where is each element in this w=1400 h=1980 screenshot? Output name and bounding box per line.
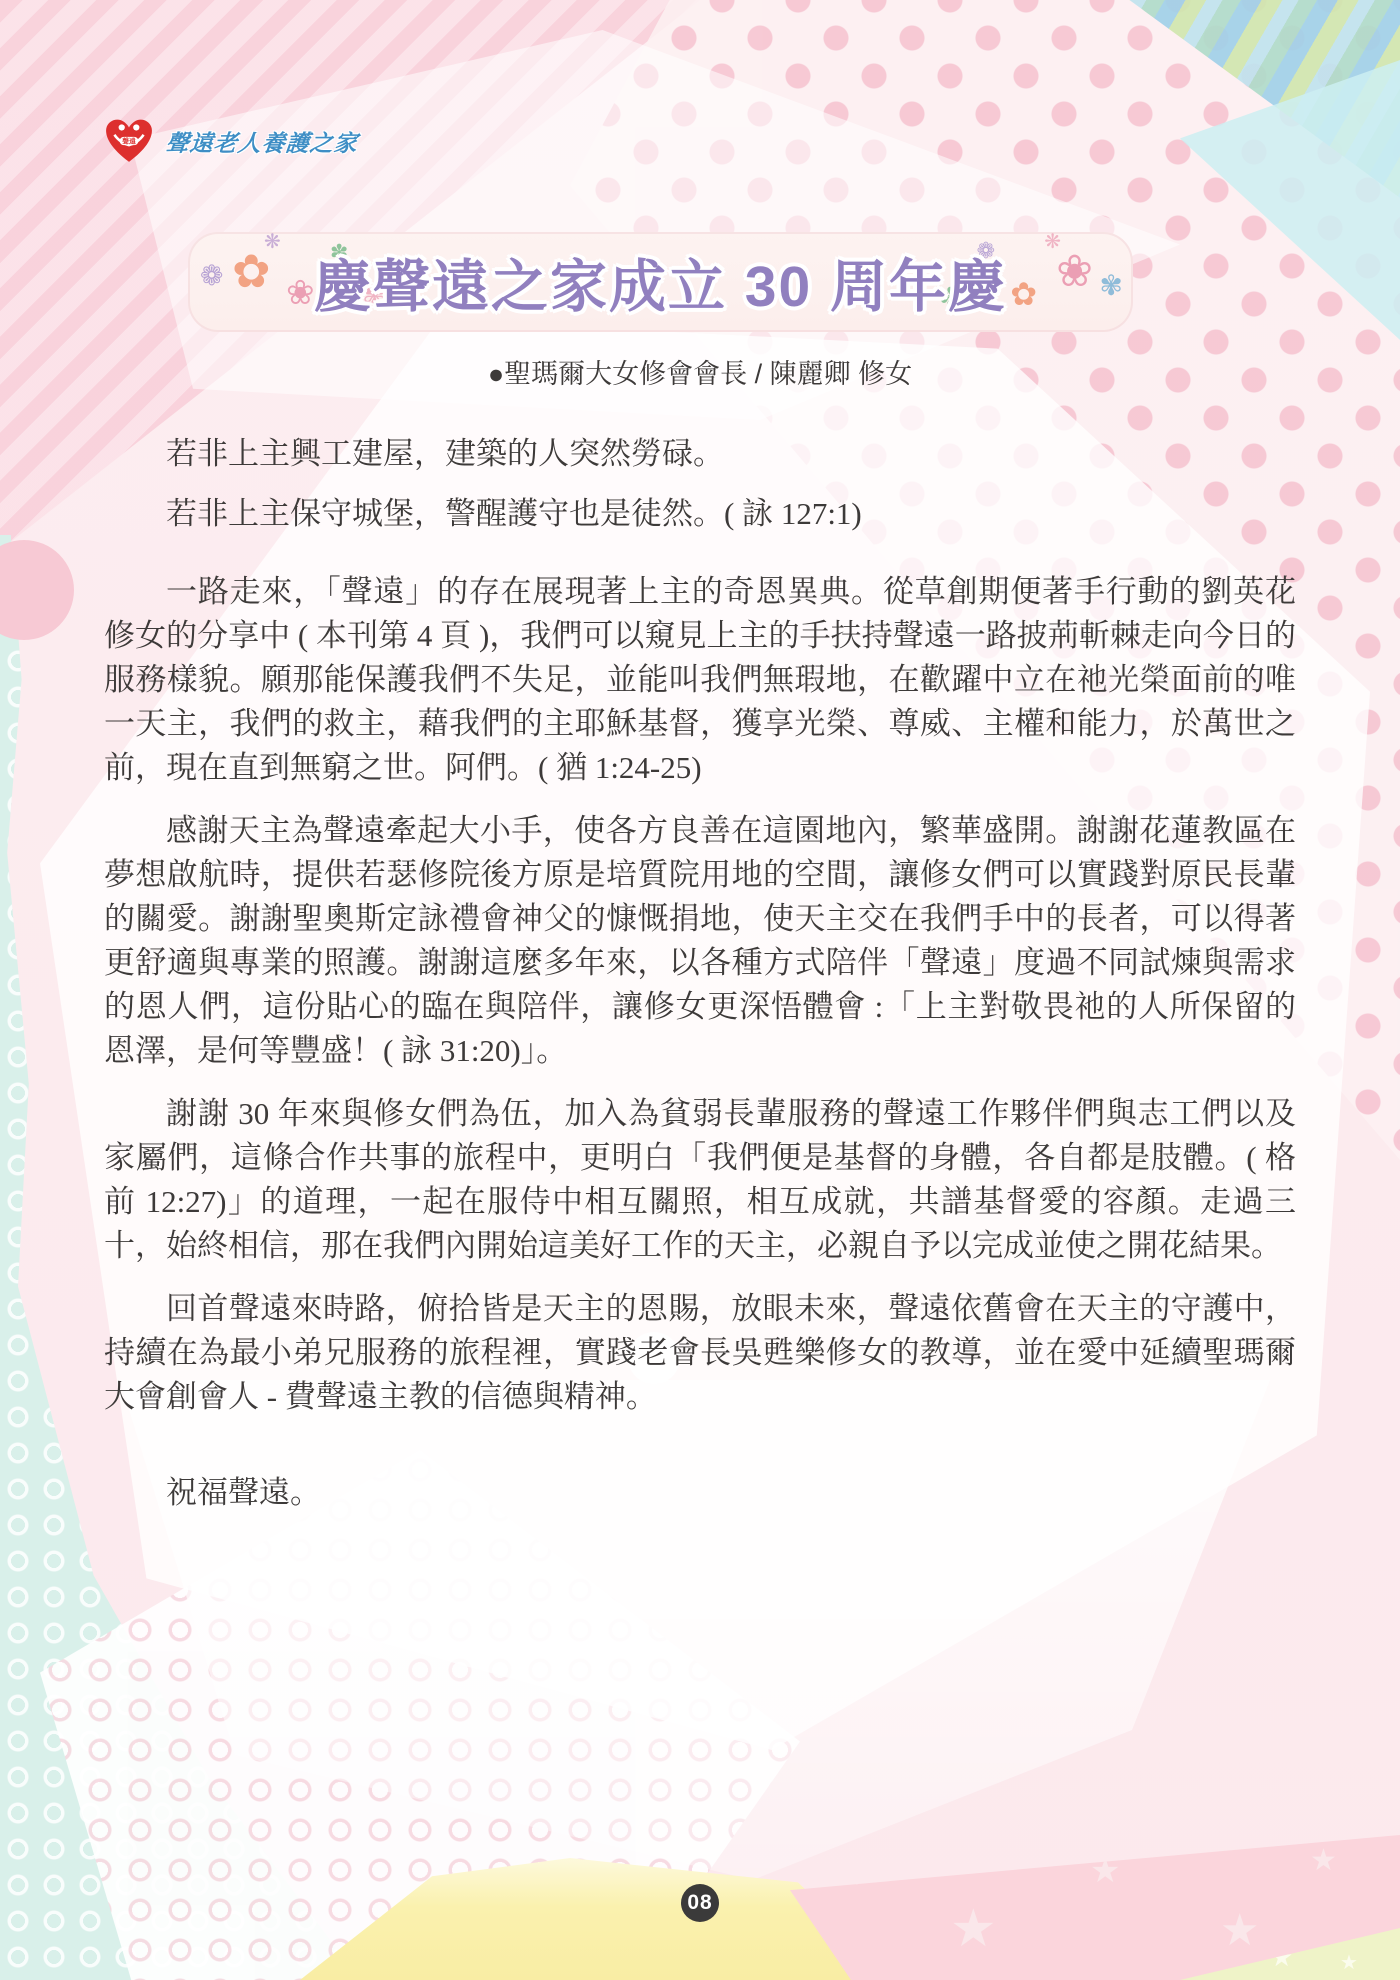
byline: ●聖瑪爾大女修會會長 / 陳麗卿 修女 [0,352,1400,391]
org-name: 聲遠老人養護之家 [164,125,359,158]
logo-text: 聲遠 [122,137,136,146]
article-body: 若非上主興工建屋，建築的人突然勞碌。 若非上主保守城堡，警醒護守也是徒然。( 詠… [104,424,1296,1512]
star-icon: ★ [1310,1843,1337,1878]
heart-logo-icon: 聲遠 [104,118,154,164]
paragraph: 回首聲遠來時路，俯拾皆是天主的恩賜，放眼未來，聲遠依舊會在天主的守護中，持續在為… [104,1287,1296,1419]
page-title: 慶聲遠之家成立 30 周年慶 [188,241,1133,323]
paragraph: 感謝天主為聲遠牽起大小手，使各方良善在這園地內，繁華盛開。謝謝花蓮教區在夢想啟航… [104,809,1296,1073]
scripture-quote-line: 若非上主保守城堡，警醒護守也是徒然。( 詠 127:1) [104,484,1296,544]
closing-line: 祝福聲遠。 [104,1467,1296,1512]
title-banner: ✿ ❀ ❁ ✽ ✾ ❋ 慶聲遠之家成立 30 周年慶 ❀ ✿ ✾ ❁ ✽ ❋ [188,232,1133,332]
star-icon: ★ [830,1849,866,1895]
scripture-quote-line: 若非上主興工建屋，建築的人突然勞碌。 [104,424,1296,484]
page-number-badge: 08 [681,1884,719,1922]
star-icon: ★ [1220,1905,1259,1956]
bg-pink-circle [0,540,74,640]
paragraph: 謝謝 30 年來與修女們為伍，加入為貧弱長輩服務的聲遠工作夥伴們與志工們以及家屬… [104,1092,1296,1268]
star-icon: ★ [1340,1950,1358,1975]
star-icon: ★ [1090,1851,1120,1891]
magazine-page: ★ ★ ★ ★ ★ ★ ★ 聲遠 聲遠老人養護之家 ✿ ❀ ❁ ✽ [0,0,1400,1980]
header: 聲遠 聲遠老人養護之家 [104,118,358,164]
paragraph: 一路走來，「聲遠」的存在展現著上主的奇恩異典。從草創期便著手行動的劉英花修女的分… [104,570,1296,790]
star-icon: ★ [950,1899,997,1959]
